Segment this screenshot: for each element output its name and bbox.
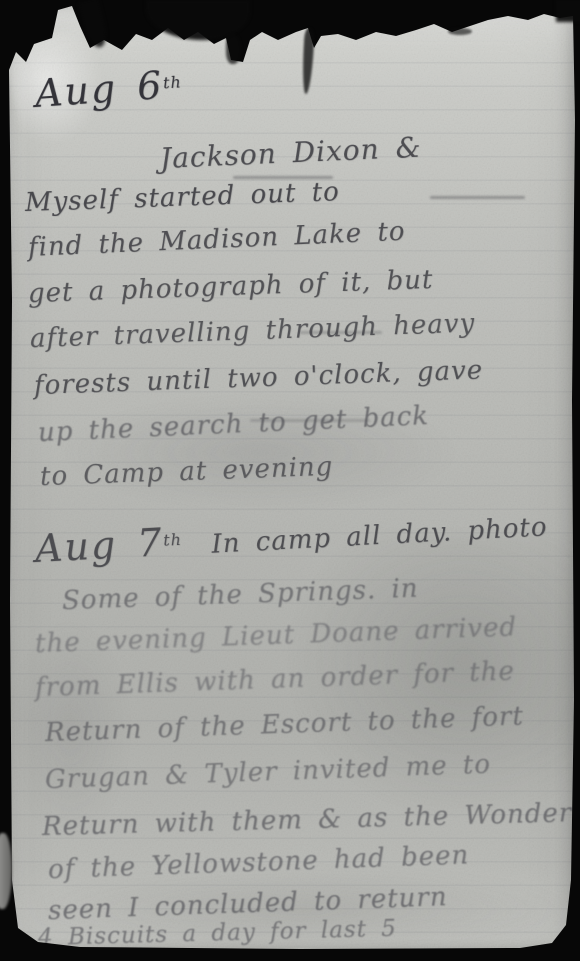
journal-page: Aug 6th Jackson Dixon & Myself started o…	[0, 0, 580, 961]
date-suffix: th	[162, 72, 182, 92]
left-edge-object	[0, 833, 12, 909]
scanned-page-background: Aug 6th Jackson Dixon & Myself started o…	[0, 0, 580, 961]
date-suffix: th	[163, 530, 183, 550]
date-text: Aug 6	[33, 63, 164, 116]
date-text: Aug 7	[34, 520, 165, 571]
